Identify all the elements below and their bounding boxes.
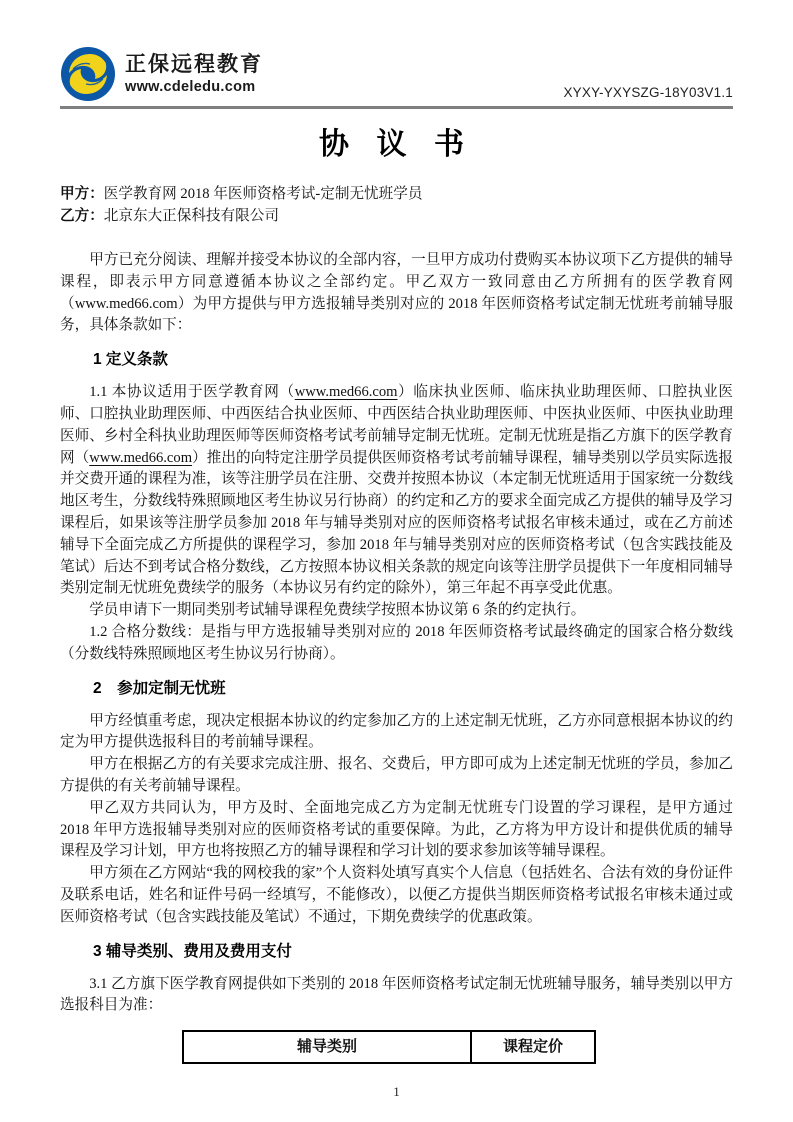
- party-b-label: 乙方：: [60, 208, 104, 224]
- section-3-heading: 3 辅导类别、费用及费用支付: [60, 941, 733, 963]
- page-title: 协 议 书: [60, 123, 733, 167]
- med66-link-2: www.med66.com: [89, 450, 192, 466]
- pricing-table-header-category: 辅导类别: [183, 1031, 471, 1063]
- brand-url: www.cdeledu.com: [125, 78, 263, 96]
- document-code: XYXY-YXYSZG-18Y03V1.1: [563, 85, 733, 102]
- section-2-paragraph-4: 甲方须在乙方网站“我的网校我的家”个人资料处填写真实个人信息（包括姓名、合法有效…: [60, 863, 733, 928]
- pricing-table-header-row: 辅导类别 课程定价: [183, 1031, 595, 1063]
- swirl-globe-logo-icon: [60, 46, 116, 102]
- header-rule: [60, 106, 733, 109]
- brand-text: 正保远程教育 www.cdeledu.com: [125, 52, 263, 96]
- section-2-paragraph-2: 甲方在根据乙方的有关要求完成注册、报名、交费后，甲方即可成为上述定制无忧班的学员…: [60, 754, 733, 798]
- med66-link-1: www.med66.com: [295, 384, 398, 400]
- clause-1-1-seg-3: ）推出的向特定注册学员提供医师资格考试考前辅导课程，辅导类别以学员实际选报并交费…: [60, 450, 733, 597]
- brand-name: 正保远程教育: [125, 52, 263, 78]
- party-b-value: 北京东大正保科技有限公司: [104, 208, 279, 224]
- section-2-heading: 2 参加定制无忧班: [60, 678, 733, 700]
- clause-1-2-paragraph: 1.2 合格分数线：是指与甲方选报辅导类别对应的 2018 年医师资格考试最终确…: [60, 622, 733, 666]
- document-page: 正保远程教育 www.cdeledu.com XYXY-YXYSZG-18Y03…: [0, 0, 793, 1122]
- section-2-paragraph-3: 甲乙双方共同认为，甲方及时、全面地完成乙方为定制无忧班专门设置的学习课程，是甲方…: [60, 798, 733, 863]
- section-2-paragraph-1: 甲方经慎重考虑，现决定根据本协议的约定参加乙方的上述定制无忧班，乙方亦同意根据本…: [60, 711, 733, 755]
- clause-3-1-paragraph: 3.1 乙方旗下医学教育网提供如下类别的 2018 年医师资格考试定制无忧班辅导…: [60, 974, 733, 1018]
- intro-paragraph: 甲方已充分阅读、理解并接受本协议的全部内容，一旦甲方成功付费购买本协议项下乙方提…: [60, 250, 733, 337]
- party-a-label: 甲方：: [60, 186, 104, 202]
- section-1-heading: 1 定义条款: [60, 349, 733, 371]
- pricing-table: 辅导类别 课程定价: [182, 1030, 596, 1064]
- brand-block: 正保远程教育 www.cdeledu.com: [60, 46, 263, 102]
- renewal-clause-paragraph: 学员申请下一期同类别考试辅导课程免费续学按照本协议第 6 条的约定执行。: [60, 600, 733, 622]
- party-b-row: 乙方：北京东大正保科技有限公司: [60, 205, 733, 227]
- party-a-value: 医学教育网 2018 年医师资格考试-定制无忧班学员: [104, 186, 423, 202]
- pricing-table-header-price: 课程定价: [471, 1031, 595, 1063]
- page-header: 正保远程教育 www.cdeledu.com XYXY-YXYSZG-18Y03…: [60, 42, 733, 102]
- parties-block: 甲方：医学教育网 2018 年医师资格考试-定制无忧班学员 乙方：北京东大正保科…: [60, 183, 733, 227]
- document-body: 甲方：医学教育网 2018 年医师资格考试-定制无忧班学员 乙方：北京东大正保科…: [60, 183, 733, 1103]
- page-number: 1: [60, 1081, 733, 1103]
- clause-1-1-paragraph: 1.1 本协议适用于医学教育网（www.med66.com）临床执业医师、临床执…: [60, 382, 733, 600]
- party-a-row: 甲方：医学教育网 2018 年医师资格考试-定制无忧班学员: [60, 183, 733, 205]
- clause-1-1-seg-1: 1.1 本协议适用于医学教育网（: [89, 384, 295, 400]
